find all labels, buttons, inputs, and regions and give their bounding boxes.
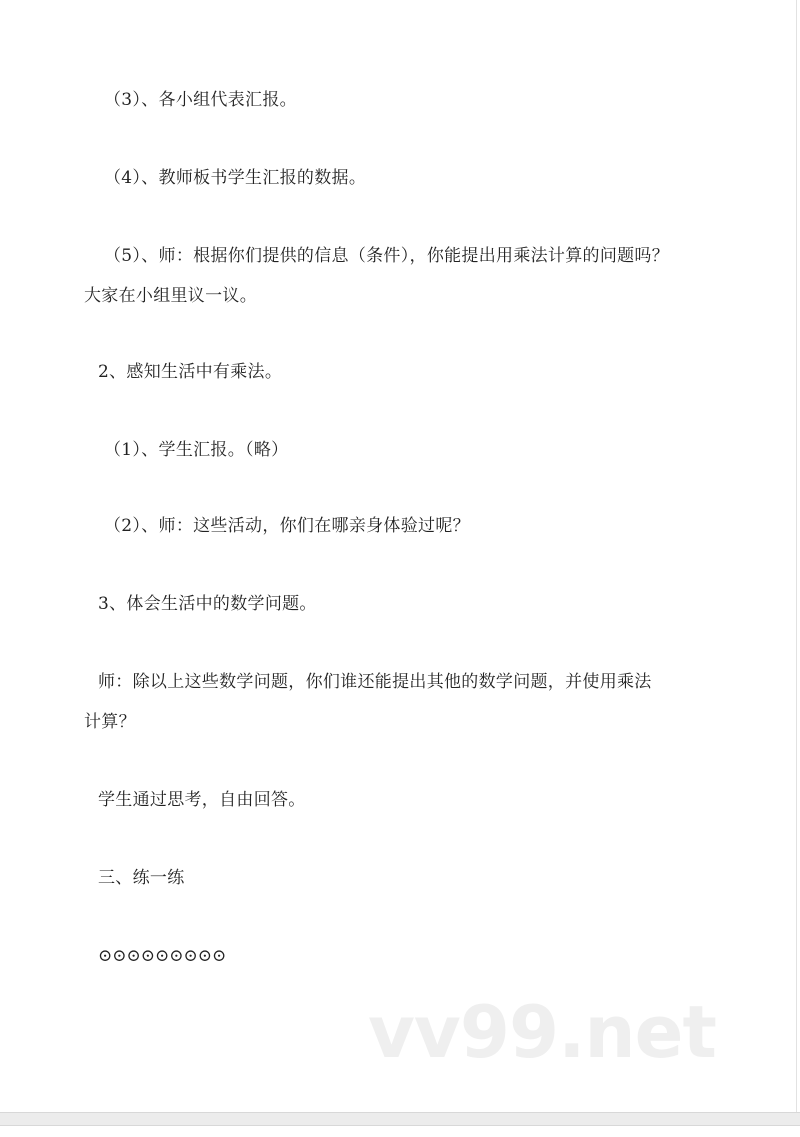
circle-dot-symbols: ⊙⊙⊙⊙⊙⊙⊙⊙⊙: [98, 944, 226, 968]
document-page: （3）、各小组代表汇报。 （4）、教师板书学生汇报的数据。 （5）、师：根据你们…: [0, 0, 797, 1112]
section-heading: 3、体会生活中的数学问题。: [98, 592, 317, 616]
paragraph: （3）、各小组代表汇报。: [104, 88, 297, 112]
paragraph: 计算？: [84, 710, 136, 734]
paragraph: 学生通过思考，自由回答。: [98, 788, 306, 812]
section-heading: 2、感知生活中有乘法。: [98, 360, 282, 384]
paragraph: （1）、学生汇报。（略）: [104, 438, 288, 462]
paragraph: （4）、教师板书学生汇报的数据。: [104, 166, 366, 190]
paragraph: 师：除以上这些数学问题，你们谁还能提出其他的数学问题，并使用乘法: [98, 670, 652, 694]
watermark: vv99.net: [368, 996, 716, 1068]
page-separator: [0, 1112, 800, 1126]
section-heading: 三、练一练: [98, 866, 185, 890]
paragraph: （5）、师：根据你们提供的信息（条件），你能提出用乘法计算的问题吗？: [104, 244, 669, 268]
paragraph: （2）、师：这些活动，你们在哪亲身体验过呢？: [104, 514, 470, 538]
paragraph: 大家在小组里议一议。: [84, 284, 257, 308]
